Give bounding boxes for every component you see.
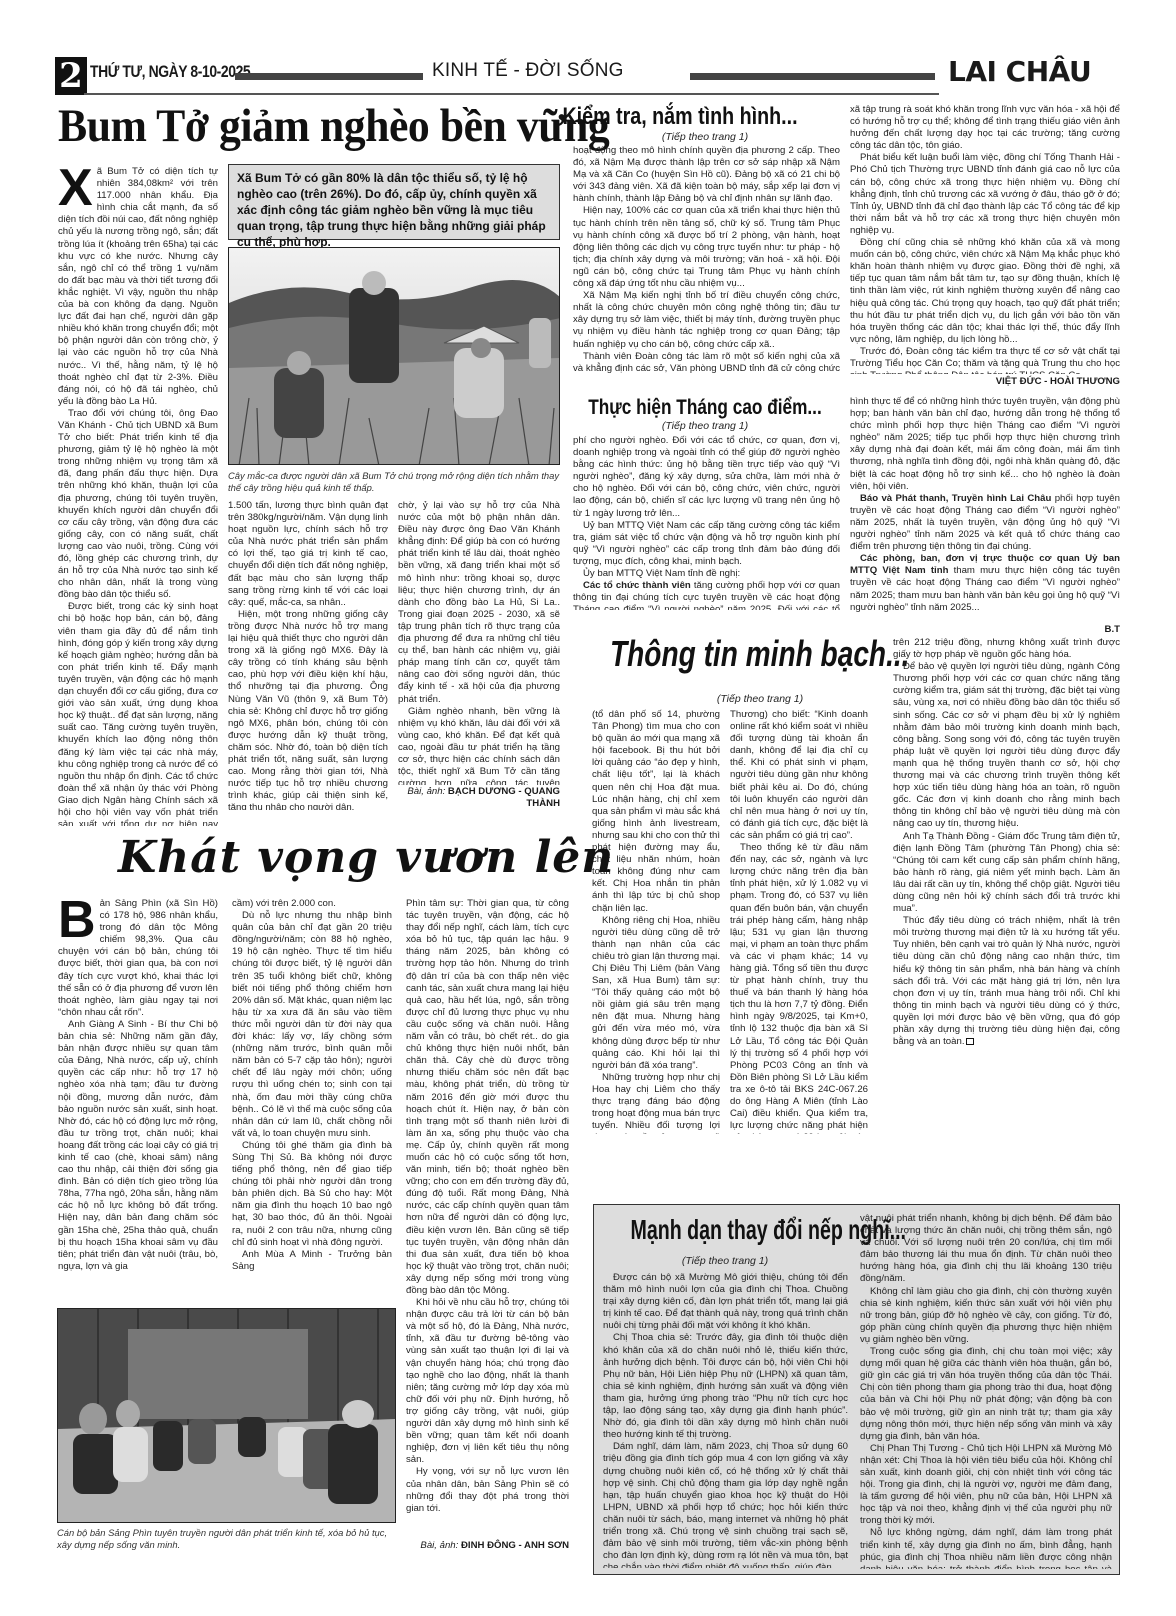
article-body-column: trên 212 triệu đồng, nhưng không xuất tr… (893, 637, 1120, 1133)
article-byline: VIỆT ĐỨC - HOÀI THƯƠNG (850, 376, 1120, 388)
section-name: KINH TẾ - ĐỜI SỐNG (432, 60, 624, 82)
article-body-column: Được cán bộ xã Mường Mô giới thiệu, chún… (603, 1272, 848, 1568)
article-body-column: cầm) với trên 2.000 con. Dù nỗ lực nhưng… (232, 898, 392, 1298)
article-title-kiem-tra: Kiểm tra, nắm tình hình... (549, 104, 811, 130)
article-title-thong-tin: Thông tin minh bạch... (610, 632, 909, 676)
publication-name: LAI CHÂU (948, 55, 1091, 88)
drop-cap: X (58, 168, 93, 208)
continued-note: (Tiếp theo trang 1) (660, 693, 860, 705)
header-rule-bar (690, 73, 935, 80)
header-divider (84, 93, 939, 95)
header-rule-bar (235, 73, 423, 80)
article-byline: Bài, ảnh: ĐINH ĐÔNG - ANH SƠN (406, 1540, 569, 1552)
photo-macca-farmers (228, 247, 560, 465)
article-body-column: xã tập trung rà soát khó khăn trong lĩnh… (850, 104, 1120, 374)
continued-note: (Tiếp theo trang 1) (580, 131, 830, 143)
article-body-column: Bản Sảng Phìn (xã Sìn Hồ) có 178 hộ, 986… (58, 898, 218, 1298)
article-body-column: hoạt động theo mô hình chính quyền địa p… (573, 145, 840, 375)
article-byline: Bài, ảnh: BẠCH DƯƠNG - QUANG THÀNH (398, 786, 560, 810)
article-body-column: chờ, ỷ lại vào sự hỗ trợ của Nhà nước củ… (398, 500, 560, 785)
article-sapo: Xã Bum Tở có gần 80% là dân tộc thiểu số… (228, 164, 560, 240)
drop-cap: B (58, 900, 96, 940)
continued-note: (Tiếp theo trang 1) (580, 420, 830, 432)
photo-sang-phin-meeting (57, 1308, 396, 1523)
page-number: 2 (55, 57, 87, 95)
article-body-column: phí cho người nghèo. Đối với các tổ chức… (573, 435, 840, 610)
article-body-column: hình thực tế để có những hình thức tuyên… (850, 396, 1120, 612)
article-body-column: vật nuôi phát triển nhanh, không bị dịch… (860, 1213, 1112, 1569)
village-meeting-image (58, 1309, 396, 1523)
article-title-manh-dan: Mạnh dạn thay đổi nếp nghĩ... (631, 1213, 820, 1247)
issue-date: THỨ TƯ, NGÀY 8-10-2025 (90, 62, 250, 82)
photo-caption: Cây mắc-ca được người dân xã Bum Tở chú … (228, 470, 563, 494)
article-title-bum-to: Bum Tở giảm nghèo bền vững (58, 98, 609, 154)
article-title-thuc-hien: Thực hiện Tháng cao điểm... (586, 396, 824, 420)
article-body-column: Phìn tâm sự: Thời gian qua, từ công tác … (406, 898, 569, 1538)
farmers-field-image (229, 248, 560, 465)
article-body-column: (tổ dân phố số 14, phường Tân Phong) tìm… (592, 709, 720, 1134)
article-body-column: Xã Bum Tở có diện tích tự nhiên 384,08km… (58, 166, 218, 826)
article-body-column: Thương) cho biết: “Kinh doanh online rất… (730, 709, 868, 1134)
article-body-column: 1.500 tấn, lương thực bình quân đạt trên… (228, 500, 388, 810)
article-title-khat-vong: Khát vọng vươn lên (118, 830, 614, 886)
end-mark-icon (966, 1038, 974, 1045)
photo-caption: Cán bộ bản Sảng Phìn tuyên truyền người … (57, 1527, 397, 1551)
continued-note: (Tiếp theo trang 1) (620, 1255, 830, 1267)
